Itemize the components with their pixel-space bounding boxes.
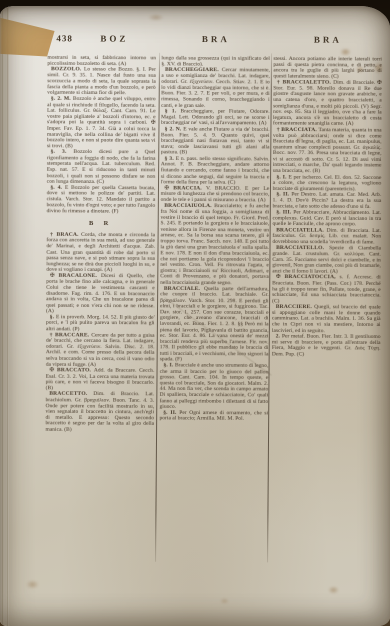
book-page: 438 BOZ BRA BRA mostrarsi in seta, si fa… (0, 6, 390, 626)
entry-headword: ✠ BRACALONE. (50, 272, 101, 278)
text-column-3: stessi. Ancora potiamo alle interie late… (271, 55, 383, 563)
dictionary-entry: ✠ BRACCATO. Add. da Braccare. Cecch. Esa… (46, 367, 155, 391)
entry-headword: §. III. (276, 208, 293, 214)
dictionary-entry: BRACCIATELLA. Dim. di Bracciata. Lat. fa… (272, 227, 381, 245)
dictionary-entry: 2. Per metaf. Buon. Fier. Intr. 3. Il ge… (272, 333, 381, 357)
entry-headword: BRACCHEGGIARE. (165, 66, 222, 72)
running-head-center: BRA (162, 34, 269, 45)
dictionary-entry: † BRACCIATA. Tanta materia, quanta in un… (273, 126, 382, 174)
running-head-left: BOZ (61, 33, 167, 44)
entry-headword: §. I. (276, 173, 288, 179)
entry-headword: 2. (276, 333, 282, 339)
dictionary-entry: §. I. E per ischerzo. Cel. El. don. 52. … (273, 174, 382, 192)
page-content: 438 BOZ BRA BRA mostrarsi in seta, si fa… (0, 6, 390, 626)
text-column-1: mostrarsi in seta, si fabbricano intorno… (45, 54, 157, 562)
dictionary-entry: ✠ BRACALONE. Dicesi di Quello, che porta… (46, 273, 155, 315)
entry-headword: ✠ BRACCIA. (164, 184, 206, 190)
dictionary-entry: §. 2. M. Bozzolo è anche quel viluppo, e… (47, 96, 156, 150)
entry-headword: BRACCETTO. (49, 390, 93, 396)
dictionary-entry: § 2. N. E vale anche Fiutare a via de' b… (161, 126, 270, 156)
entry-headword: § 3. (165, 155, 176, 161)
section-heading: B R (46, 219, 155, 226)
entry-headword: † BRACA. (50, 231, 81, 237)
dictionary-entry: §. I. Bracciale è anche uno strumento di… (160, 362, 269, 410)
dictionary-entry: §. E in proverb. Morg. 14. 52. Il più gi… (46, 314, 155, 332)
entry-headword: BOZZOLO. (51, 65, 84, 71)
dictionary-entry: ✠ BRACCIATOCCIA, s. f. Accresc. di Bracc… (272, 274, 381, 304)
entry-headword: † BRACCIALETTO. (277, 78, 333, 84)
entry-headword: BRACCIALE. (164, 285, 204, 291)
dictionary-entry: § 1. Braccheggiare, per Fiutare, Odorare… (161, 108, 270, 126)
dictionary-entry: BRACCIALE. Quella parte dell'armadura, c… (160, 285, 269, 362)
entry-headword: BRACCIATELLO. (276, 244, 329, 250)
scanned-book-photo: 438 BOZ BRA BRA mostrarsi in seta, si fa… (0, 0, 390, 626)
dictionary-entry: BRACCIATELLO. Spezie di Ciambella grande… (272, 245, 381, 275)
continuation-paragraph: stessi. Ancora potiamo alle interie late… (273, 55, 382, 79)
entry-headword: ✠ BRACCIATOCCIA, (276, 273, 340, 280)
entry-headword: §. II. (276, 191, 291, 197)
dictionary-entry: BRACCIERE. Quegli, sul braccio del quale… (272, 304, 381, 334)
entry-headword: BRACCIERE. (276, 303, 315, 309)
dictionary-entry: ✠ BRACCIA. V. BRACCIO. E per Le misure d… (161, 185, 270, 203)
running-head-right: BRA (274, 34, 381, 45)
entry-headword: BRACCIAIUOLA. (164, 202, 214, 208)
dictionary-entry: §. II. Per Ogni arnese di ornamento, che… (159, 409, 268, 421)
page-header: 438 BOZ BRA BRA (1, 33, 390, 49)
dictionary-entry: † BRACA. Corda, che monta e circonda la … (46, 231, 155, 273)
entry-headword: §. 2. M. (51, 95, 73, 101)
dictionary-entry: §. III. Per Abbracciare, Abbracciamento.… (272, 209, 381, 227)
entry-headword: BRACCIATELLA. (276, 226, 326, 232)
dictionary-entry: † BRACCARE. Cercare da per tutto a guisa… (46, 332, 155, 368)
entry-headword: † BRACCIATA. (277, 126, 319, 132)
dictionary-entry: BOZZOLO. Lo stesso che Bozzo. §. I. Per … (47, 66, 156, 96)
dictionary-entry: BRACCIAIUOLA. Braccialetto; e fu anche f… (160, 203, 269, 286)
entry-headword: † BRACCARE. (50, 331, 92, 337)
dictionary-entry: BRACCETTO. Dim. di Braccio. Lat. brachio… (45, 391, 154, 433)
entry-headword: §. 4. (50, 184, 65, 190)
entry-headword: § 1. (165, 107, 181, 113)
dictionary-entry: † BRACCIALETTO. Dim. di Bracciale. ✠ Sto… (273, 79, 382, 127)
entry-headword: § 2. N. (165, 125, 184, 131)
entry-headword: §. 3. (51, 148, 74, 154)
entry-headword: §. II. (163, 409, 179, 415)
dictionary-entry: §. 3. Bozzolo dicesi pure a Quel rigonfi… (47, 149, 156, 185)
text-column-2: lungo dalla sua grossezza (qui in signif… (159, 55, 271, 563)
dictionary-entry: §. 4. E Bozzolo per quella Cassetta buca… (47, 184, 156, 214)
dictionary-entry: BRACCHEGGIARE. Cercar minutamente, a uso… (161, 67, 270, 109)
entry-headword: §. I. (163, 362, 174, 368)
dictionary-entry: §. II. Per Destro. Lat. amata. Car. Med.… (273, 191, 382, 209)
entry-headword: §. (50, 313, 56, 319)
dictionary-entry: § 3. E n. pass. nello stesso significato… (161, 155, 270, 185)
entry-headword: ✠ BRACCATO. (49, 366, 93, 372)
